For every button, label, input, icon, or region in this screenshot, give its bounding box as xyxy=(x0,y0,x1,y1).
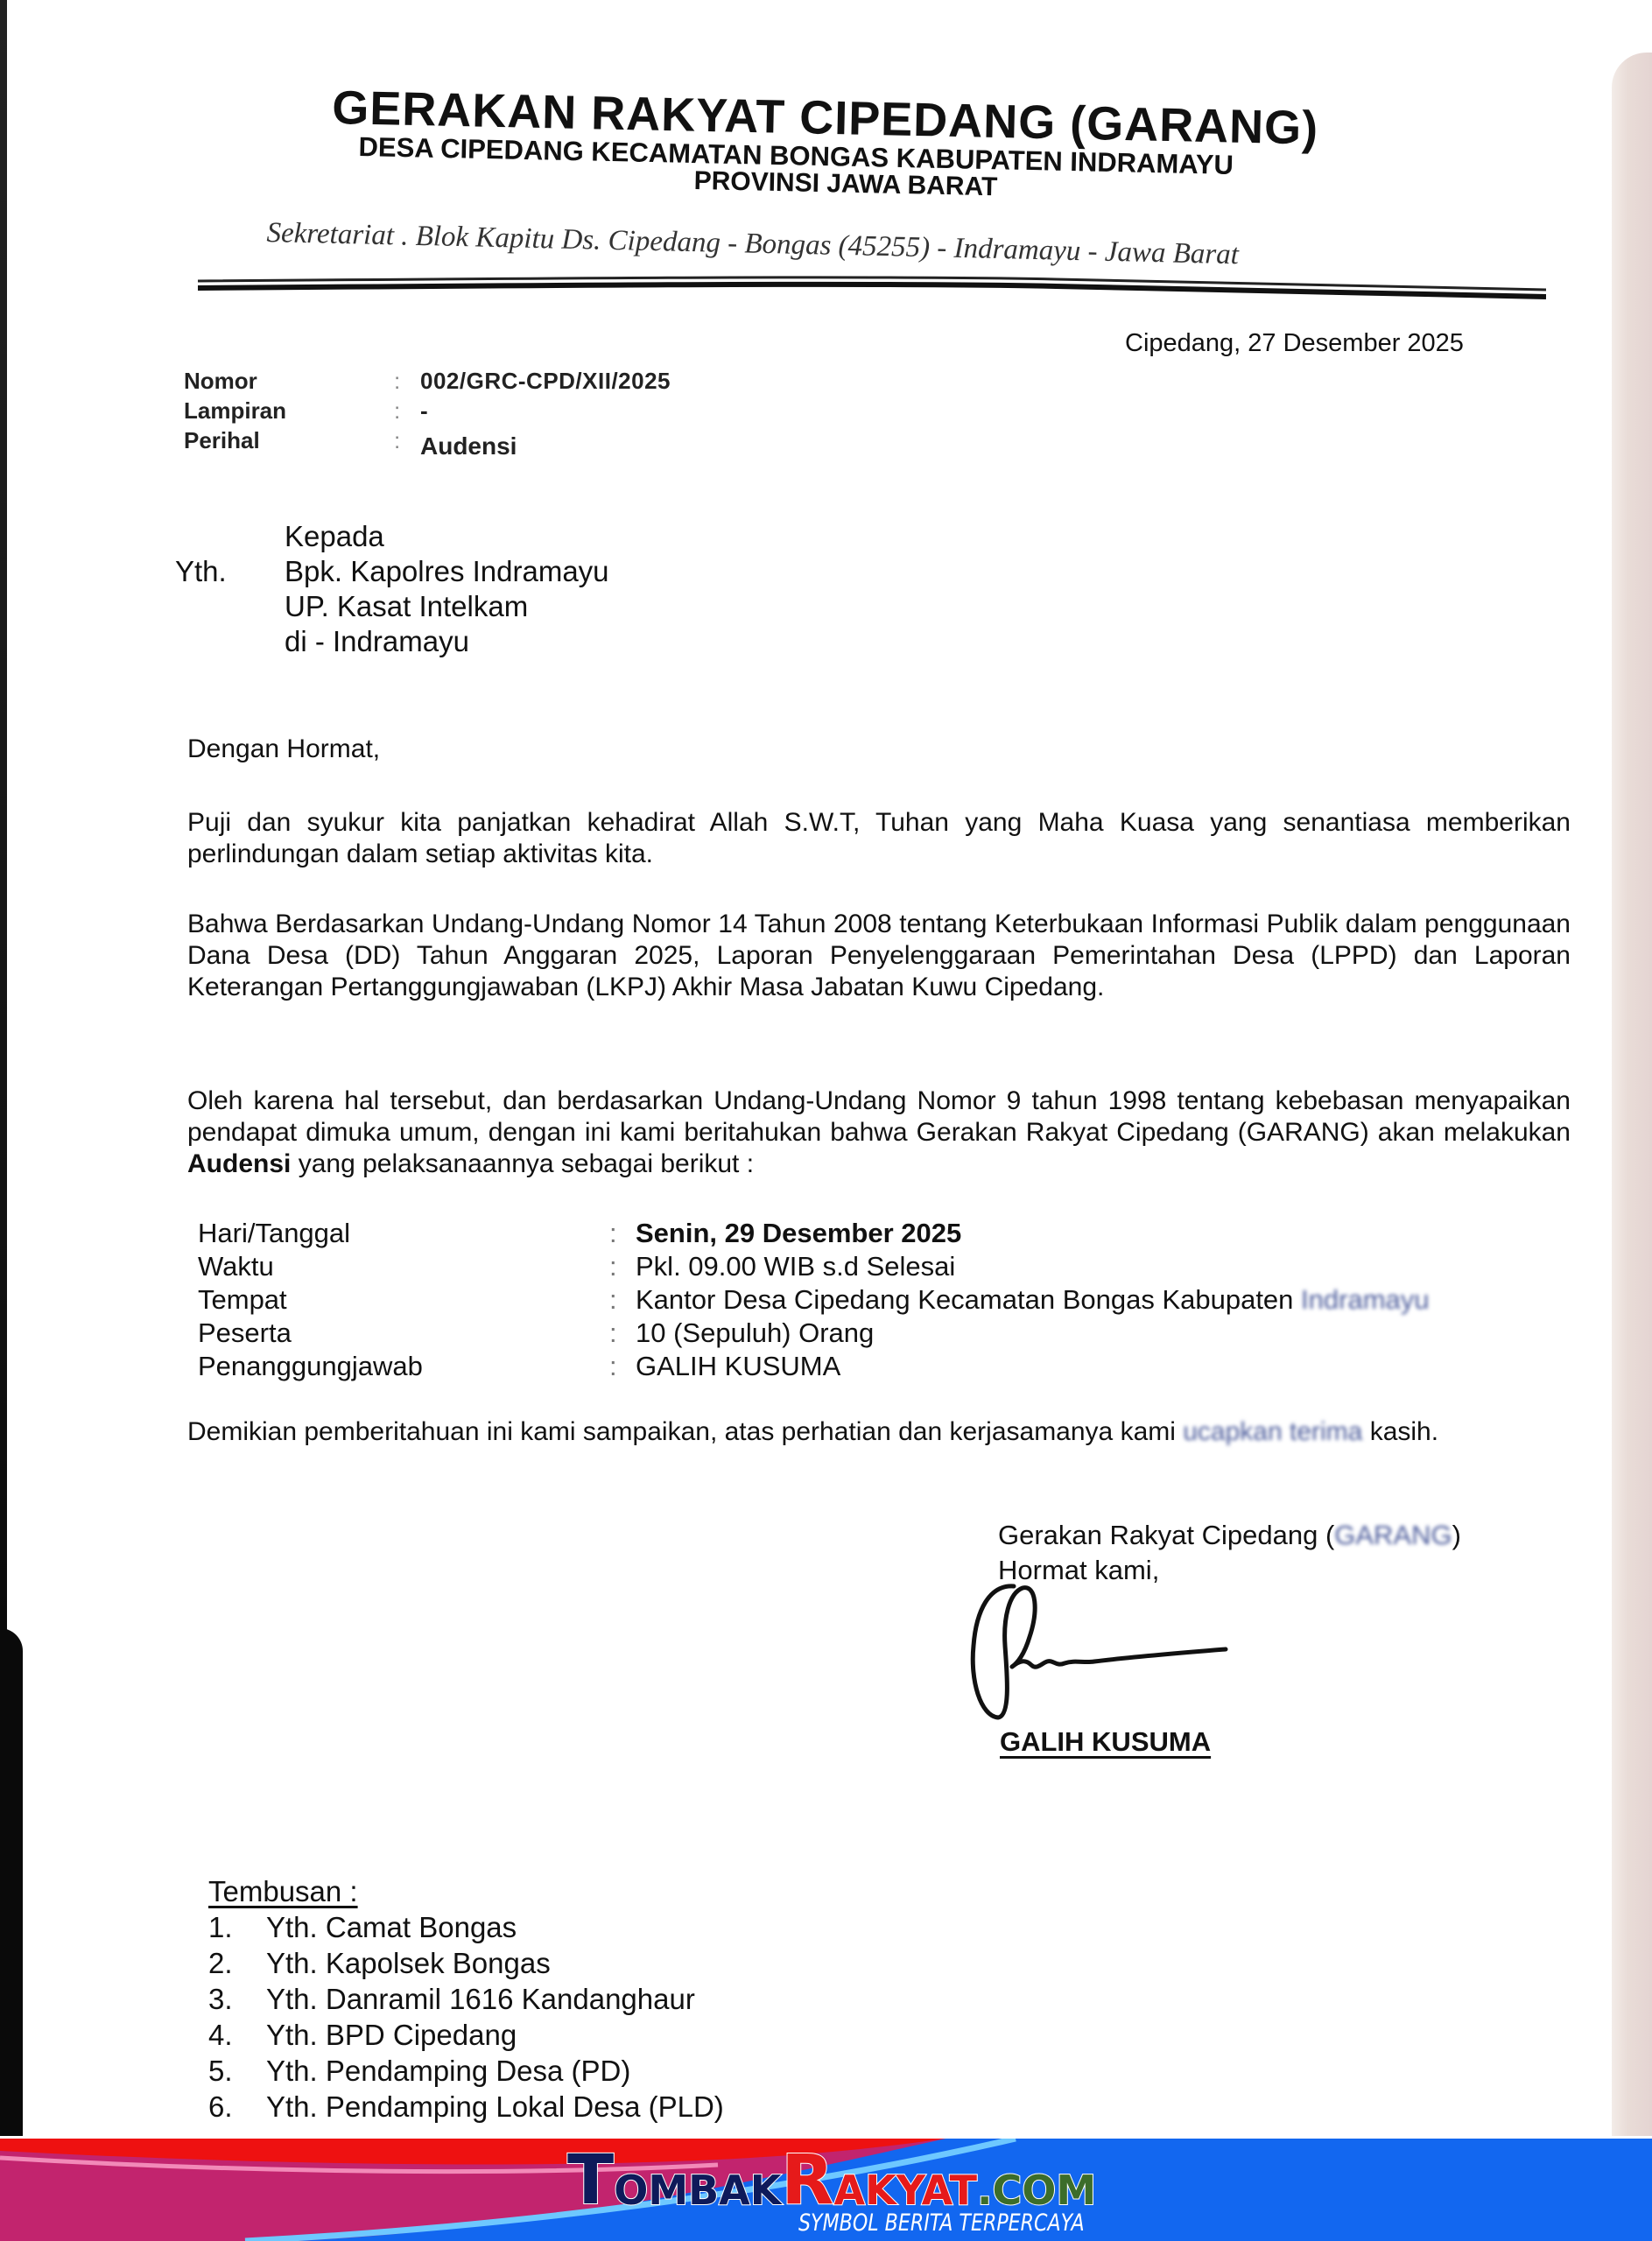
letterhead-address: Sekretariat . Blok Kapitu Ds. Cipedang -… xyxy=(266,217,1239,271)
recipient-line: UP. Kasat Intelkam xyxy=(285,589,609,624)
recipient-line: Bpk. Kapolres Indramayu xyxy=(285,554,609,589)
brand-tagline: SYMBOL BERITA TERPERCAYA xyxy=(798,2209,1085,2237)
signature-org-end: ) xyxy=(1452,1520,1461,1550)
handwritten-signature-icon xyxy=(963,1576,1243,1725)
detail-colon: : xyxy=(609,1283,617,1317)
letter-page: GERAKAN RAKYAT CIPEDANG (GARANG) DESA CI… xyxy=(0,0,1652,2241)
brand-akyat: AKYAT xyxy=(833,2165,977,2216)
closing-paragraph: Demikian pemberitahuan ini kami sampaika… xyxy=(187,1416,1579,1448)
cc-text: Yth. Camat Bongas xyxy=(266,1909,517,1945)
brand-letter-t: T xyxy=(567,2146,614,2216)
cc-number: 3. xyxy=(208,1981,233,2017)
detail-label: Waktu xyxy=(198,1250,274,1283)
brand-logo: TOMBAKRAKYAT.COM xyxy=(567,2146,1096,2216)
meta-value-attachment: - xyxy=(420,397,428,425)
detail-value: Pkl. 09.00 WIB s.d Selesai xyxy=(636,1250,955,1283)
detail-colon: : xyxy=(609,1217,617,1250)
cc-text: Yth. Pendamping Lokal Desa (PLD) xyxy=(266,2089,724,2125)
signature-org-blurred: GARANG xyxy=(1334,1520,1452,1550)
signature-organization: Gerakan Rakyat Cipedang (GARANG) xyxy=(998,1518,1461,1553)
cc-item: 2.Yth. Kapolsek Bongas xyxy=(208,1945,358,1981)
cc-text: Yth. Pendamping Desa (PD) xyxy=(266,2053,630,2089)
cc-heading: Tembusan : xyxy=(208,1873,358,1909)
letterhead-subtitle-2: PROVINSI JAWA BARAT xyxy=(693,166,997,202)
detail-colon: : xyxy=(609,1250,617,1283)
detail-colon: : xyxy=(609,1350,617,1383)
meta-value-subject: Audensi xyxy=(420,432,517,460)
cc-number: 6. xyxy=(208,2089,233,2125)
detail-label: Penanggungjawab xyxy=(198,1350,423,1383)
detail-label: Peserta xyxy=(198,1317,292,1350)
paragraph-text: Oleh karena hal tersebut, dan berdasarka… xyxy=(187,1086,1571,1147)
meta-colon: : xyxy=(394,397,400,425)
cc-number: 5. xyxy=(208,2053,233,2089)
cc-number: 2. xyxy=(208,1945,233,1981)
detail-label: Tempat xyxy=(198,1283,287,1317)
paragraph-legal-basis: Bahwa Berdasarkan Undang-Undang Nomor 14… xyxy=(187,909,1571,1003)
cc-item: 6.Yth. Pendamping Lokal Desa (PLD) xyxy=(208,2089,358,2125)
paragraph-text: yang pelaksanaannya sebagai berikut : xyxy=(291,1149,754,1178)
detail-label: Hari/Tanggal xyxy=(198,1217,350,1250)
greeting: Dengan Hormat, xyxy=(187,734,1571,765)
cc-item: 5.Yth. Pendamping Desa (PD) xyxy=(208,2053,358,2089)
cc-item: 3.Yth. Danramil 1616 Kandanghaur xyxy=(208,1981,358,2017)
closing-blurred: ucapkan terima xyxy=(1183,1417,1362,1446)
detail-value-blurred: Indramayu xyxy=(1301,1284,1429,1315)
meta-label: Perihal xyxy=(184,427,260,454)
cc-list: Tembusan : 1.Yth. Camat Bongas 2.Yth. Ka… xyxy=(208,1873,358,2125)
recipient-prefix: Yth. xyxy=(175,554,227,589)
letterhead-divider xyxy=(198,276,1546,302)
cc-text: Yth. BPD Cipedang xyxy=(266,2017,517,2053)
brand-ombak: OMBAK xyxy=(614,2165,781,2216)
meta-label: Lampiran xyxy=(184,397,286,425)
cc-number: 1. xyxy=(208,1909,233,1945)
closing-text: Demikian pemberitahuan ini kami sampaika… xyxy=(187,1417,1183,1446)
letter-date: Cipedang, 27 Desember 2025 xyxy=(1125,329,1464,358)
paragraph-opening: Puji dan syukur kita panjatkan kehadirat… xyxy=(187,807,1571,870)
brand-letter-r: R xyxy=(781,2146,833,2216)
signature-org-text: Gerakan Rakyat Cipedang ( xyxy=(998,1520,1334,1550)
cc-number: 4. xyxy=(208,2017,233,2053)
detail-colon: : xyxy=(609,1317,617,1350)
paragraph-announcement: Oleh karena hal tersebut, dan berdasarka… xyxy=(187,1085,1571,1180)
paragraph-emphasis: Audensi xyxy=(187,1149,291,1178)
signatory-name: GALIH KUSUMA xyxy=(1000,1726,1211,1758)
cc-item: 4.Yth. BPD Cipedang xyxy=(208,2017,358,2053)
recipient-line: Kepada xyxy=(285,519,609,554)
meta-value-number: 002/GRC-CPD/XII/2025 xyxy=(420,368,671,395)
cc-item: 1.Yth. Camat Bongas xyxy=(208,1909,358,1945)
closing-end: kasih. xyxy=(1362,1417,1438,1446)
recipient-line: di - Indramayu xyxy=(285,624,609,659)
meta-label: Nomor xyxy=(184,368,257,395)
detail-value-text: Kantor Desa Cipedang Kecamatan Bongas Ka… xyxy=(636,1284,1301,1315)
meta-colon: : xyxy=(394,368,400,395)
cc-text: Yth. Danramil 1616 Kandanghaur xyxy=(266,1981,695,2017)
meta-colon: : xyxy=(394,427,400,454)
brand-com: .COM xyxy=(977,2165,1096,2216)
detail-value: Senin, 29 Desember 2025 xyxy=(636,1217,961,1250)
detail-value: 10 (Sepuluh) Orang xyxy=(636,1317,874,1350)
detail-value: Kantor Desa Cipedang Kecamatan Bongas Ka… xyxy=(636,1283,1430,1317)
cc-text: Yth. Kapolsek Bongas xyxy=(266,1945,551,1981)
detail-value: GALIH KUSUMA xyxy=(636,1350,840,1383)
